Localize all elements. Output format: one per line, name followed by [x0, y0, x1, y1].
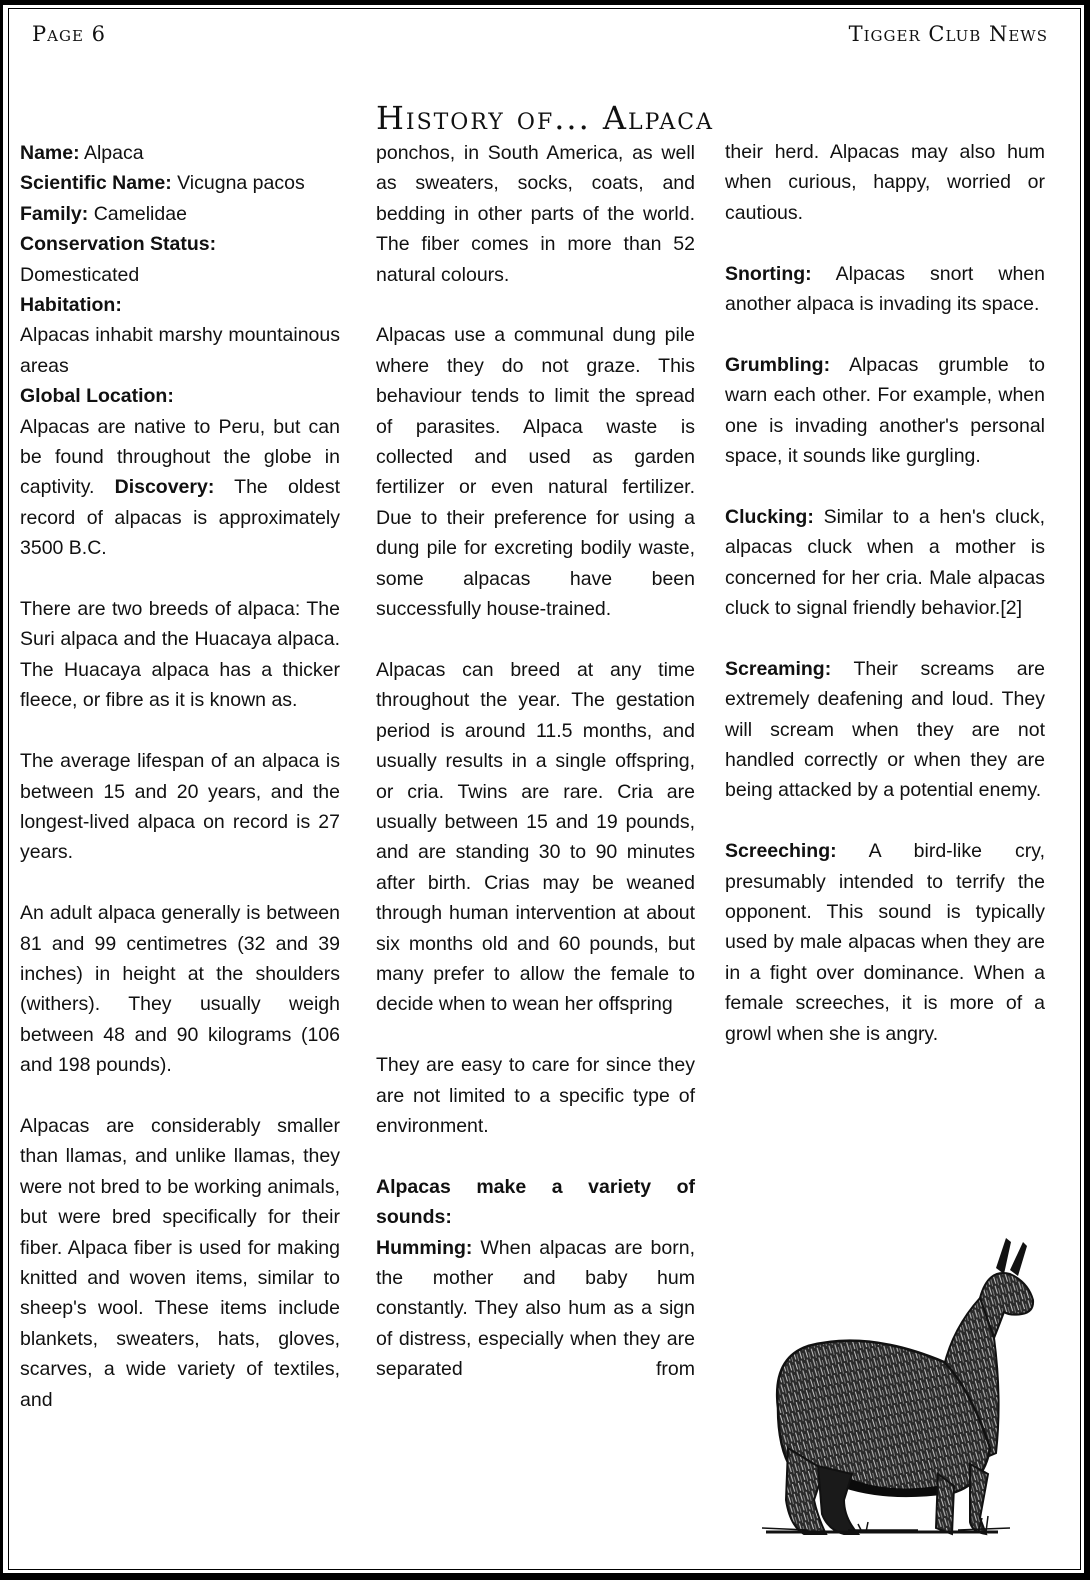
paragraph-fiber-continued: ponchos, in South America, as well as sw…: [376, 138, 695, 290]
sound-label: Humming:: [376, 1237, 472, 1259]
column-2: ponchos, in South America, as well as sw…: [376, 138, 695, 1385]
sound-text: A bird-like cry, presumably intended to …: [725, 840, 1045, 1044]
paragraph-breeding: Alpacas can breed at any time throughout…: [376, 655, 695, 1020]
fact-conservation-value: Domesticated: [20, 260, 340, 290]
sound-grumbling: Grumbling: Alpacas grumble to warn each …: [725, 350, 1045, 472]
sound-label: Snorting:: [725, 263, 812, 285]
paragraph-care: They are easy to care for since they are…: [376, 1050, 695, 1141]
sound-label: Screeching:: [725, 840, 837, 862]
fact-label: Habitation:: [20, 294, 122, 316]
page-title: History of... Alpaca: [0, 99, 1090, 137]
alpaca-illustration-icon: [748, 1238, 1048, 1538]
sound-screaming: Screaming: Their screams are extremely d…: [725, 654, 1045, 806]
sounds-heading: Alpacas make a variety of sounds:: [376, 1172, 695, 1233]
column-1: Name: Alpaca Scientific Name: Vicugna pa…: [20, 138, 340, 1415]
paragraph-size: An adult alpaca generally is between 81 …: [20, 898, 340, 1080]
fact-value: Vicugna pacos: [172, 172, 305, 194]
fact-label: Name:: [20, 142, 80, 164]
sound-humming: Humming: When alpacas are born, the moth…: [376, 1233, 695, 1385]
fact-conservation-label: Conservation Status:: [20, 229, 340, 259]
page-number: Page 6: [32, 22, 106, 46]
fact-name: Name: Alpaca: [20, 138, 340, 168]
fact-scientific-name: Scientific Name: Vicugna pacos: [20, 168, 340, 198]
column-3: their herd. Alpacas may also hum when cu…: [725, 137, 1045, 1049]
fact-value: Camelidae: [88, 203, 187, 225]
sound-humming-continued: their herd. Alpacas may also hum when cu…: [725, 137, 1045, 228]
sounds-heading-text: Alpacas make a variety of sounds:: [376, 1176, 695, 1228]
fact-habitation-value: Alpacas inhabit marshy mountainous areas: [20, 320, 340, 381]
sound-label: Grumbling:: [725, 354, 830, 376]
paragraph-dung: Alpacas use a communal dung pile where t…: [376, 320, 695, 624]
sound-clucking: Clucking: Similar to a hen's cluck, alpa…: [725, 502, 1045, 624]
fact-label: Global Location:: [20, 385, 174, 407]
sound-label: Screaming:: [725, 658, 831, 680]
fact-label: Conservation Status:: [20, 233, 216, 255]
fact-global-value: Alpacas are native to Peru, but can be f…: [20, 412, 340, 564]
sound-snorting: Snorting: Alpacas snort when another alp…: [725, 259, 1045, 320]
paragraph-lifespan: The average lifespan of an alpaca is bet…: [20, 746, 340, 868]
fact-habitation-label: Habitation:: [20, 290, 340, 320]
fact-family: Family: Camelidae: [20, 199, 340, 229]
newsletter-name: Tigger Club News: [849, 22, 1048, 46]
fact-value: Alpaca: [80, 142, 144, 164]
paragraph-breeds: There are two breeds of alpaca: The Suri…: [20, 594, 340, 716]
sound-label: Clucking:: [725, 506, 814, 528]
paragraph-fiber: Alpacas are considerably smaller than ll…: [20, 1111, 340, 1415]
fact-label: Scientific Name:: [20, 172, 172, 194]
fact-label: Family:: [20, 203, 88, 225]
fact-label: Discovery:: [115, 476, 215, 498]
fact-global-label: Global Location:: [20, 381, 340, 411]
sound-screeching: Screeching: A bird-like cry, presumably …: [725, 836, 1045, 1049]
